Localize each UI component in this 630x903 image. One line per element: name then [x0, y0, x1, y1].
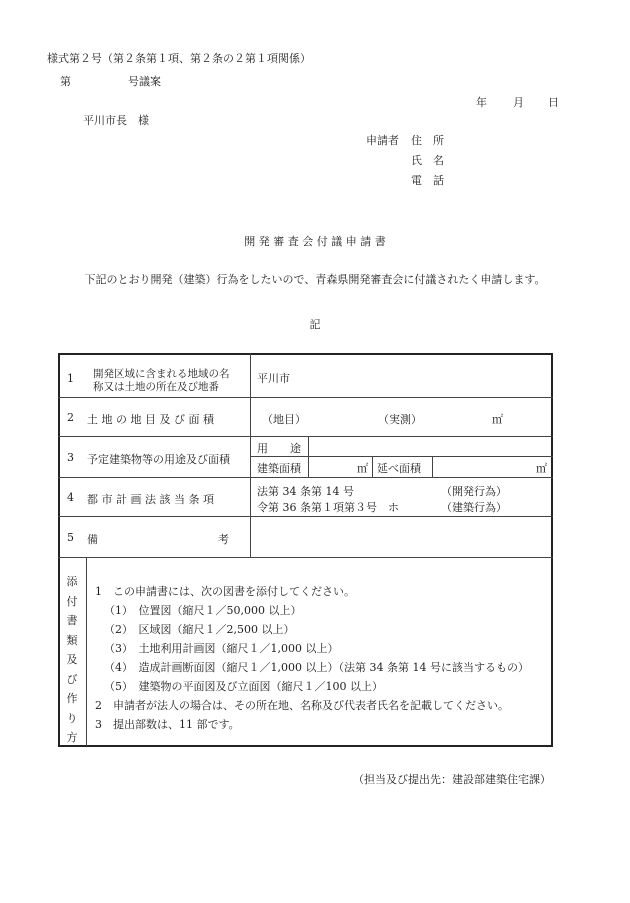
footer-contact: （担当及び提出先：建設部建築住宅課） — [353, 771, 551, 787]
row4-number: 4 — [67, 491, 74, 504]
document-title: 開 発 審 査 会 付 議 申 請 書 — [0, 233, 630, 249]
bill-suffix: 号議案 — [128, 73, 161, 89]
attachment-item: （5） 建築物の平面図及び立面図（縮尺１／100 以上） — [104, 678, 383, 694]
row5-label-left: 備 — [87, 531, 98, 547]
row1-label-line2: 称又は土地の所在及び地番 — [93, 379, 219, 394]
attachment-item: 1 この申請書には、次の図書を添付してください。 — [95, 583, 355, 599]
kenchiku-unit[interactable]: ㎡ — [357, 460, 368, 476]
row3-number: 3 — [67, 451, 74, 464]
youto-field[interactable] — [309, 437, 551, 456]
row4-line2-note: （建築行為） — [441, 499, 507, 515]
name-label: 氏 名 — [411, 152, 444, 168]
date-day: 日 — [548, 94, 559, 110]
addressee: 平川市長 様 — [83, 112, 149, 128]
form-number: 様式第２号（第２条第１項、第２条の２第１項関係） — [47, 50, 311, 66]
row5-value[interactable] — [251, 517, 551, 557]
attachment-item: 2 申請者が法人の場合は、その所在地、名称及び代表者氏名を記載してください。 — [95, 697, 509, 713]
nobe-label: 延べ面積 — [377, 460, 421, 476]
intro-text: 下記のとおり開発（建築）行為をしたいので、青森県開発審査会に付議されたく申請しま… — [0, 271, 630, 287]
attachment-item: （4） 造成計画断面図（縮尺１／1,000 以上）（法第 34 条第 14 号に… — [104, 659, 529, 675]
row4-line1-note: （開発行為） — [441, 483, 507, 499]
row4-label: 都 市 計 画 法 該 当 条 項 — [87, 491, 214, 507]
row2-label: 土 地 の 地 目 及 び 面 積 — [87, 411, 214, 427]
row4-line2: 令第 36 条第１項第３号 ホ — [257, 499, 399, 515]
attachment-item: （2） 区域図（縮尺１／2,500 以上） — [104, 621, 295, 637]
row5-number: 5 — [67, 531, 74, 544]
youto-label: 用 途 — [257, 440, 301, 456]
row1-number: 1 — [67, 372, 74, 385]
row5-label-right: 考 — [218, 531, 229, 547]
nobe-unit[interactable]: ㎡ — [536, 460, 547, 476]
ki-label: 記 — [0, 316, 630, 332]
date-month: 月 — [513, 94, 524, 110]
row3-label: 予定建築物等の用途及び面積 — [87, 451, 230, 467]
attachments-side-label: 添 付 書 類 及 び 作 り 方 — [58, 572, 86, 748]
row2-jissoku[interactable]: （実測） — [378, 411, 422, 427]
phone-label: 電 話 — [411, 172, 444, 188]
attachment-item: （1） 位置図（縮尺１／50,000 以上） — [104, 602, 301, 618]
attachment-item: 3 提出部数は、11 部です。 — [95, 716, 240, 732]
row2-number: 2 — [67, 411, 74, 424]
address-label: 住 所 — [411, 132, 444, 148]
row4-line1: 法第 34 条第 14 号 — [257, 483, 354, 499]
kenchiku-label: 建築面積 — [257, 460, 301, 476]
attachment-item: （3） 土地利用計画図（縮尺１／1,000 以上） — [104, 640, 339, 656]
applicant-label: 申請者 — [366, 132, 399, 148]
row1-value[interactable]: 平川市 — [257, 370, 290, 386]
date-year: 年 — [476, 94, 487, 110]
bill-prefix: 第 — [60, 73, 71, 89]
row2-chimoku[interactable]: （地目） — [262, 411, 306, 427]
row2-unit: ㎡ — [492, 411, 503, 427]
